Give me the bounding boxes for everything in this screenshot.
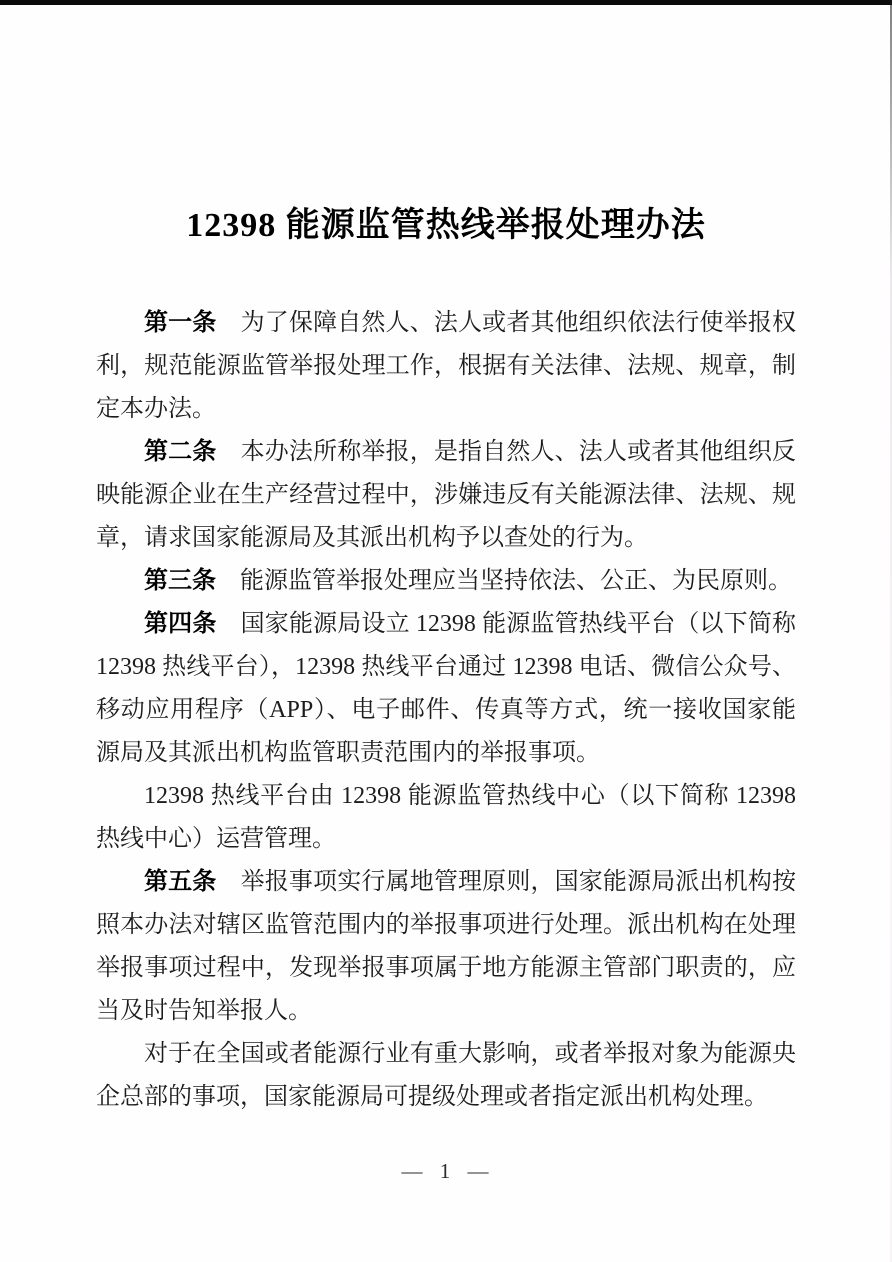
article-label: 第五条 — [144, 869, 216, 895]
document-title: 12398 能源监管热线举报处理办法 — [0, 202, 892, 250]
article-label: 第二条 — [144, 439, 216, 465]
paragraph: 对于在全国或者能源行业有重大影响，或者举报对象为能源央企总部的事项，国家能源局可… — [96, 1033, 796, 1119]
paragraph: 第二条 本办法所称举报，是指自然人、法人或者其他组织反映能源企业在生产经营过程中… — [96, 431, 796, 560]
scan-edge-top — [0, 0, 892, 5]
paragraph: 第四条 国家能源局设立 12398 能源监管热线平台（以下简称 12398 热线… — [96, 603, 796, 775]
page-footer: — 1 — — [0, 1159, 892, 1184]
paragraph: 第三条 能源监管举报处理应当坚持依法、公正、为民原则。 — [96, 560, 796, 603]
paragraph: 12398 热线平台由 12398 能源监管热线中心（以下简称 12398 热线… — [96, 775, 796, 861]
paragraph: 第五条 举报事项实行属地管理原则，国家能源局派出机构按照本办法对辖区监管范围内的… — [96, 861, 796, 1033]
page-number: — 1 — — [402, 1159, 491, 1183]
paragraph: 第一条 为了保障自然人、法人或者其他组织依法行使举报权利，规范能源监管举报处理工… — [96, 302, 796, 431]
document-body: 第一条 为了保障自然人、法人或者其他组织依法行使举报权利，规范能源监管举报处理工… — [96, 302, 796, 1119]
article-label: 第三条 — [144, 568, 216, 594]
article-label: 第一条 — [144, 310, 216, 336]
article-label: 第四条 — [144, 611, 216, 637]
scanned-document-page: 12398 能源监管热线举报处理办法 第一条 为了保障自然人、法人或者其他组织依… — [0, 0, 892, 1262]
